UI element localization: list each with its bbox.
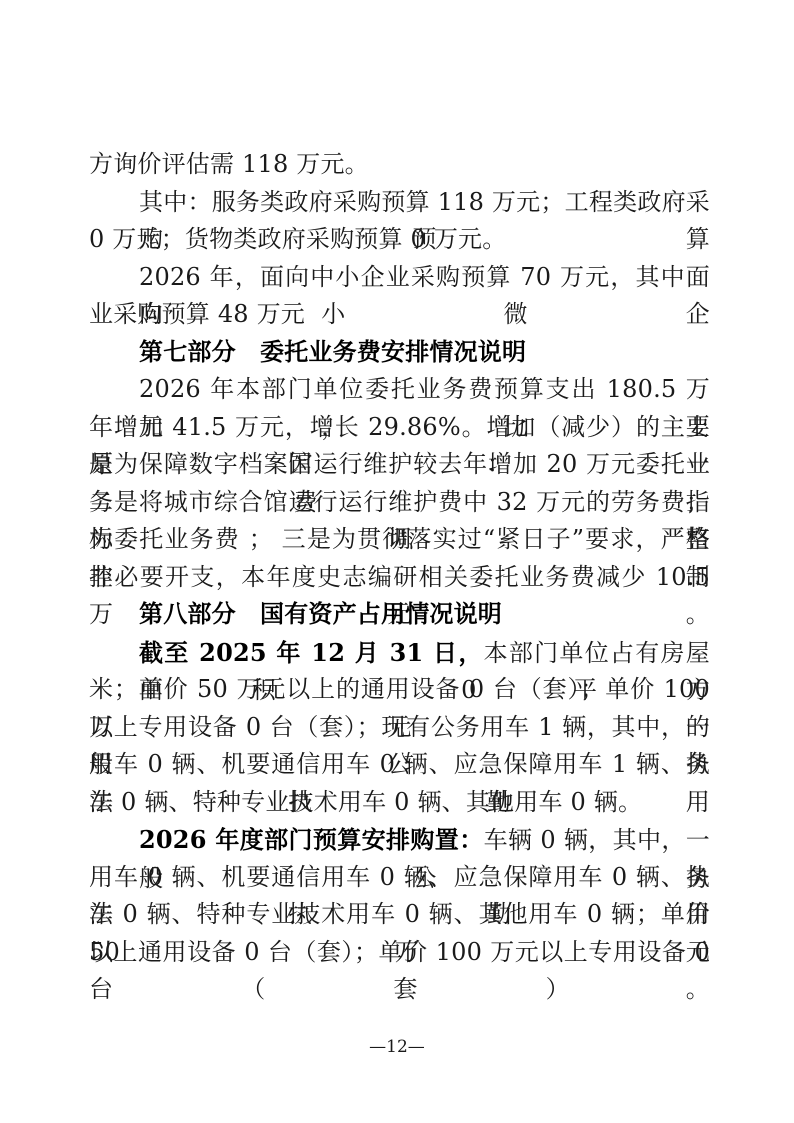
page-number: —12— [0,1036,794,1058]
document-page: 方询价评估需 118 万元。其中：服务类政府采购预算 118 万元；工程类政府采… [0,0,794,1123]
text-line: 以上通用设备 0 台（套）；单价 100 万元以上专用设备 0 台（套）。 [89,934,710,972]
section-heading: 第七部分 委托业务费安排情况说明 [89,334,710,372]
text-line: 车 0 辆、特种专业技术用车 0 辆、其他用车 0 辆；单价 50 万元 [89,896,710,934]
text-line: 用车 0 辆、机要通信用车 0 辆、应急保障用车 0 辆、执法执勤用 [89,859,710,897]
text-line: 以上专用设备 0 台（套）；现有公务用车 1 辆，其中，一般公务 [89,709,710,747]
text-line: 2026 年，面向中小企业采购预算 70 万元，其中面向小微企 [89,259,710,297]
text-line: 车 0 辆、特种专业技术用车 0 辆、其他用车 0 辆。 [89,784,710,822]
text-line: 年增加 41.5 万元，增长 29.86%。增加（减少）的主要原因：一 [89,409,710,447]
text-line: 二是将城市综合馆运行运行维护费中 32 万元的劳务费指标调整 [89,484,710,522]
document-body: 方询价评估需 118 万元。其中：服务类政府采购预算 118 万元；工程类政府采… [89,146,710,971]
bold-lead-in: 截至 2025 年 12 月 31 日， [139,638,484,667]
text-line: 用车 0 辆、机要通信用车 0 辆、应急保障用车 1 辆、执法执勤用 [89,746,710,784]
text-line: 其中：服务类政府采购预算 118 万元；工程类政府采购预算 [89,184,710,222]
text-line: 非必要开支，本年度史志编研相关委托业务费减少 10.5 万元。 [89,559,710,597]
bold-lead-in: 2026 年度部门预算安排购置： [139,825,484,854]
text-line: 为委托业务费 ； 三是为贯彻落实过“紧日子”要求，严格控制 [89,521,710,559]
text-line: 2026 年度部门预算安排购置：车辆 0 辆，其中，一般公务 [89,821,710,859]
text-line: 截至 2025 年 12 月 31 日，本部门单位占有房屋面积 0 平方 [89,634,710,672]
text-line: 方询价评估需 118 万元。 [89,146,710,184]
text-line: 2026 年本部门单位委托业务费预算支出 180.5 万元，比上 [89,371,710,409]
text-line: 是为保障数字档案馆运行维护较去年增加 20 万元委托业务费 ； [89,446,710,484]
text-line: 米；单价 50 万元以上的通用设备 0 台（套）；单价 100 万元的 [89,671,710,709]
